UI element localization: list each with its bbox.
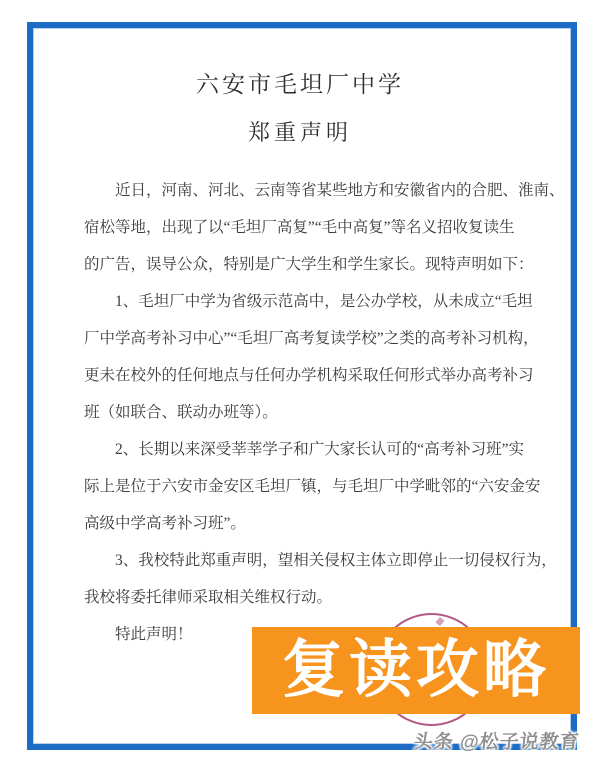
statement-body: 近日，河南、河北、云南等省某些地方和安徽省内的合肥、淮南、宿松等地，出现了以“毛… (84, 172, 550, 653)
statement-line: 更未在校外的任何地点与任何办学机构采取任何形式举办高考补习 (84, 357, 550, 394)
overlay-banner: 复读攻略 (252, 627, 580, 714)
statement-line: 高级中学高考补习班”。 (84, 505, 550, 542)
statement-title: 郑重声明 (0, 116, 600, 147)
scanned-statement-page: 六安市毛坦厂中学 郑重声明 近日，河南、河北、云南等省某些地方和安徽省内的合肥、… (0, 0, 600, 762)
statement-line: 的广告，误导公众，特别是广大学生和学生家长。现特声明如下： (84, 246, 550, 283)
toutiao-watermark: 头条 @松子说教育 (413, 727, 582, 754)
statement-line: 际上是位于六安市金安区毛坦厂镇，与毛坦厂中学毗邻的“六安金安 (84, 468, 550, 505)
school-name-title: 六安市毛坦厂中学 (0, 66, 600, 99)
statement-line: 宿松等地，出现了以“毛坦厂高复”“毛中高复”等名义招收复读生 (84, 209, 550, 246)
statement-line: 3、我校特此郑重声明，望相关侵权主体立即停止一切侵权行为， (84, 542, 550, 579)
statement-line: 班（如联合、联动办班等）。 (84, 394, 550, 431)
banner-label: 复读攻略 (282, 639, 550, 702)
statement-line: 近日，河南、河北、云南等省某些地方和安徽省内的合肥、淮南、 (84, 172, 550, 209)
statement-line: 1、毛坦厂中学为省级示范高中，是公办学校，从未成立“毛坦 (84, 283, 550, 320)
seal-star-tip (435, 617, 444, 626)
statement-line: 厂中学高考补习中心”“毛坦厂高考复读学校”之类的高考补习机构， (84, 320, 550, 357)
statement-line: 2、长期以来深受莘莘学子和广大家长认可的“高考补习班”实 (84, 431, 550, 468)
statement-line: 我校将委托律师采取相关维权行动。 (84, 579, 550, 616)
